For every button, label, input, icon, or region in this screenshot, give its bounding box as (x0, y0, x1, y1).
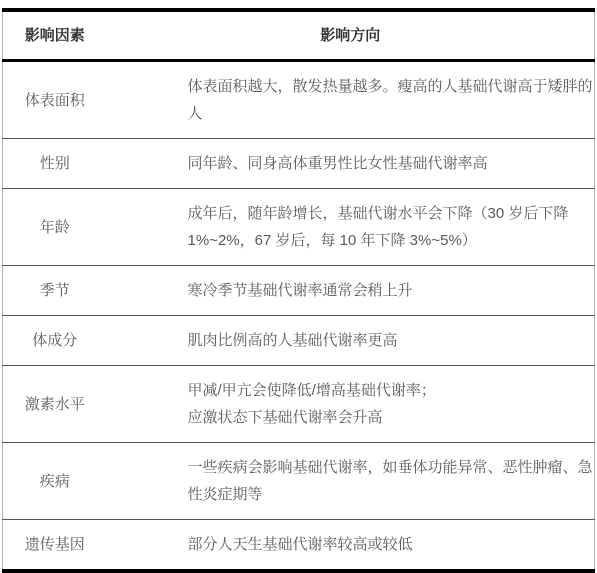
table-row: 疾病 一些疾病会影响基础代谢率，如垂体功能异常、恶性肿瘤、急性炎症期等 (3, 443, 595, 520)
column-header-factor: 影响因素 (3, 10, 107, 61)
direction-cell: 体表面积越大，散发热量越多。瘦高的人基础代谢高于矮胖的人 (107, 61, 595, 139)
table-row: 体表面积 体表面积越大，散发热量越多。瘦高的人基础代谢高于矮胖的人 (3, 61, 595, 139)
table-row: 体成分 肌肉比例高的人基础代谢率更高 (3, 316, 595, 366)
direction-cell: 一些疾病会影响基础代谢率，如垂体功能异常、恶性肿瘤、急性炎症期等 (107, 443, 595, 520)
bmr-factors-table: 影响因素 影响方向 体表面积 体表面积越大，散发热量越多。瘦高的人基础代谢高于矮… (2, 8, 595, 573)
direction-cell: 成年后，随年龄增长，基础代谢水平会下降（30 岁后下降 1%~2%，67 岁后，… (107, 189, 595, 266)
direction-cell: 寒冷季节基础代谢率通常会稍上升 (107, 266, 595, 316)
factor-cell: 疾病 (3, 443, 107, 520)
factor-cell: 年龄 (3, 189, 107, 266)
bmr-factors-page: 影响因素 影响方向 体表面积 体表面积越大，散发热量越多。瘦高的人基础代谢高于矮… (0, 0, 597, 570)
factor-cell: 遗传基因 (3, 520, 107, 572)
direction-cell: 甲减/甲亢会使降低/增高基础代谢率； 应激状态下基础代谢率会升高 (107, 366, 595, 443)
table-row: 年龄 成年后，随年龄增长，基础代谢水平会下降（30 岁后下降 1%~2%，67 … (3, 189, 595, 266)
table-row: 激素水平 甲减/甲亢会使降低/增高基础代谢率； 应激状态下基础代谢率会升高 (3, 366, 595, 443)
factor-cell: 性别 (3, 139, 107, 189)
table-row: 性别 同年龄、同身高体重男性比女性基础代谢率高 (3, 139, 595, 189)
factor-cell: 体表面积 (3, 61, 107, 139)
factor-cell: 激素水平 (3, 366, 107, 443)
table-row: 遗传基因 部分人天生基础代谢率较高或较低 (3, 520, 595, 572)
header-row: 影响因素 影响方向 (3, 10, 595, 61)
direction-cell: 同年龄、同身高体重男性比女性基础代谢率高 (107, 139, 595, 189)
direction-cell: 部分人天生基础代谢率较高或较低 (107, 520, 595, 572)
direction-cell: 肌肉比例高的人基础代谢率更高 (107, 316, 595, 366)
column-header-direction: 影响方向 (107, 10, 595, 61)
factor-cell: 季节 (3, 266, 107, 316)
factor-cell: 体成分 (3, 316, 107, 366)
table-row: 季节 寒冷季节基础代谢率通常会稍上升 (3, 266, 595, 316)
